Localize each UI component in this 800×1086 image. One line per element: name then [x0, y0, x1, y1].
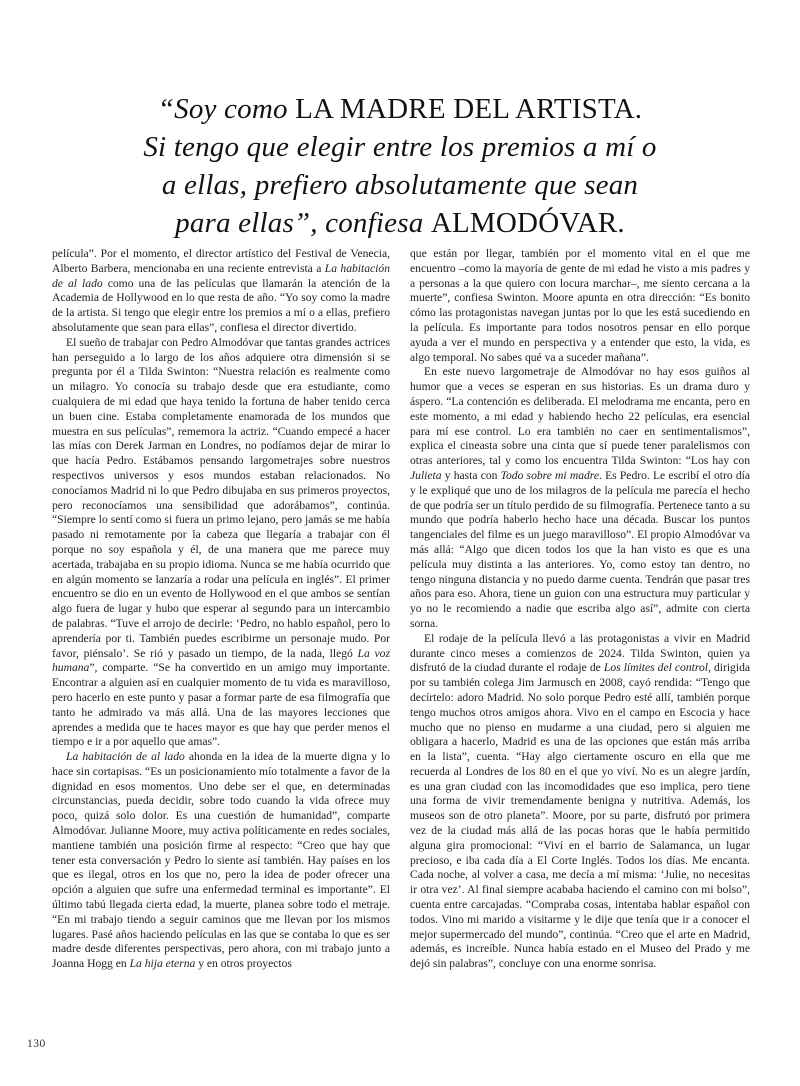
quote-italic-text: Si tengo que elegir entre los premios a …	[143, 131, 656, 163]
film-title-italic: Todo sobre mi madre	[501, 469, 599, 482]
pull-quote-line: “Soy como LA MADRE DEL ARTISTA.	[78, 90, 722, 128]
article-paragraph: En este nuevo largometraje de Almodóvar …	[410, 365, 750, 631]
pull-quote-line: Si tengo que elegir entre los premios a …	[78, 128, 722, 166]
article-paragraph: El sueño de trabajar con Pedro Almodóvar…	[52, 336, 390, 750]
article-column-right: que están por llegar, también por el mom…	[410, 247, 750, 972]
body-text: . Es Pedro. Le escribí el otro día y le …	[410, 469, 750, 630]
film-title-italic: Julieta	[410, 469, 442, 482]
body-text: ”, comparte. “Se ha convertido en un ami…	[52, 661, 390, 748]
pull-quote-line: para ellas”, confiesa ALMODÓVAR.	[78, 204, 722, 242]
magazine-page: “Soy como LA MADRE DEL ARTISTA.Si tengo …	[0, 0, 800, 1086]
article-paragraph: película”. Por el momento, el director a…	[52, 247, 390, 336]
film-title-italic: La habitación de al lado	[66, 750, 185, 763]
quote-italic-text: “Soy como	[158, 93, 295, 125]
article-paragraph: La habitación de al lado ahonda en la id…	[52, 750, 390, 972]
body-text: ahonda en la idea de la muerte digna y l…	[52, 750, 390, 970]
quote-caps-text: LA MADRE DEL ARTISTA.	[295, 93, 642, 125]
quote-caps-text: ALMODÓVAR.	[431, 207, 625, 239]
film-title-italic: La hija eterna	[130, 957, 196, 970]
article-column-left: película”. Por el momento, el director a…	[52, 247, 390, 972]
body-text: y hasta con	[442, 469, 501, 482]
film-title-italic: Los límites del control	[604, 661, 708, 674]
quote-italic-text: para ellas”, confiesa	[175, 207, 431, 239]
body-text: y en otros proyectos	[195, 957, 292, 970]
article-paragraph: que están por llegar, también por el mom…	[410, 247, 750, 365]
body-text: El sueño de trabajar con Pedro Almodóvar…	[52, 336, 390, 660]
page-number: 130	[27, 1038, 46, 1050]
body-text: , dirigida por su también colega Jim Jar…	[410, 661, 750, 970]
body-text: que están por llegar, también por el mom…	[410, 247, 750, 364]
quote-italic-text: a ellas, prefiero absolutamente que sean	[162, 169, 638, 201]
article-paragraph: El rodaje de la película llevó a las pro…	[410, 632, 750, 972]
pull-quote: “Soy como LA MADRE DEL ARTISTA.Si tengo …	[78, 90, 722, 242]
body-text: como una de las películas que llamarán l…	[52, 277, 390, 334]
body-text: En este nuevo largometraje de Almodóvar …	[410, 365, 750, 467]
pull-quote-line: a ellas, prefiero absolutamente que sean	[78, 166, 722, 204]
